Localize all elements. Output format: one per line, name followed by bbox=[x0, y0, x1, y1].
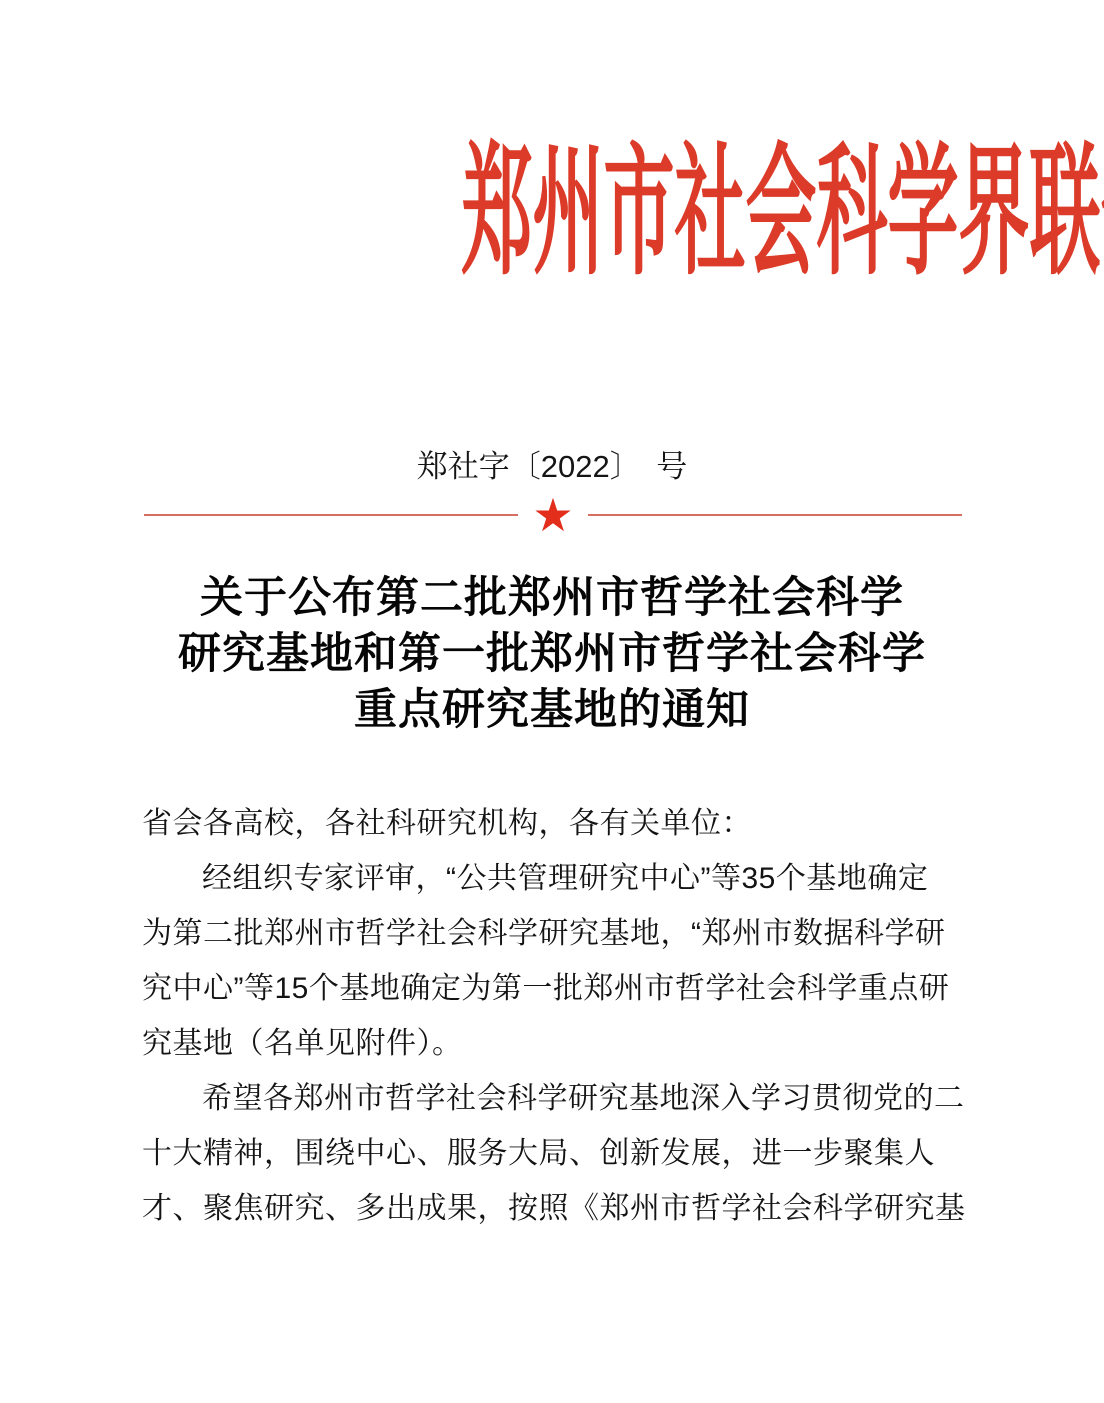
salutation-line: 省会各高校，各社科研究机构，各有关单位： bbox=[142, 796, 994, 851]
paragraph-1: 经组织专家评审，“公共管理研究中心”等35个基地确定为第二批郑州市哲学社会科学研… bbox=[142, 851, 994, 1071]
paragraph-2: 希望各郑州市哲学社会科学研究基地深入学习贯彻党的二十大精神，围绕中心、服务大局、… bbox=[142, 1071, 994, 1236]
star-icon: ★ bbox=[518, 494, 587, 536]
issuing-agency-title: 郑州市社会科学界联合会文件 bbox=[462, 133, 1104, 293]
red-header-banner: 郑州市社会科学界联合会文件 bbox=[0, 133, 1104, 293]
document-number: 郑社字〔2022〕 号 bbox=[0, 446, 1104, 488]
notice-title: 关于公布第二批郑州市哲学社会科学研究基地和第一批郑州市哲学社会科学重点研究基地的… bbox=[0, 570, 1104, 738]
divider-line-right bbox=[588, 514, 962, 516]
red-divider: ★ bbox=[144, 494, 962, 536]
divider-line-left bbox=[144, 514, 518, 516]
official-document-page: 郑州市社会科学界联合会文件 郑社字〔2022〕 号 ★ 关于公布第二批郑州市哲学… bbox=[0, 0, 1104, 1403]
document-body: 省会各高校，各社科研究机构，各有关单位： 经组织专家评审，“公共管理研究中心”等… bbox=[142, 796, 994, 1236]
